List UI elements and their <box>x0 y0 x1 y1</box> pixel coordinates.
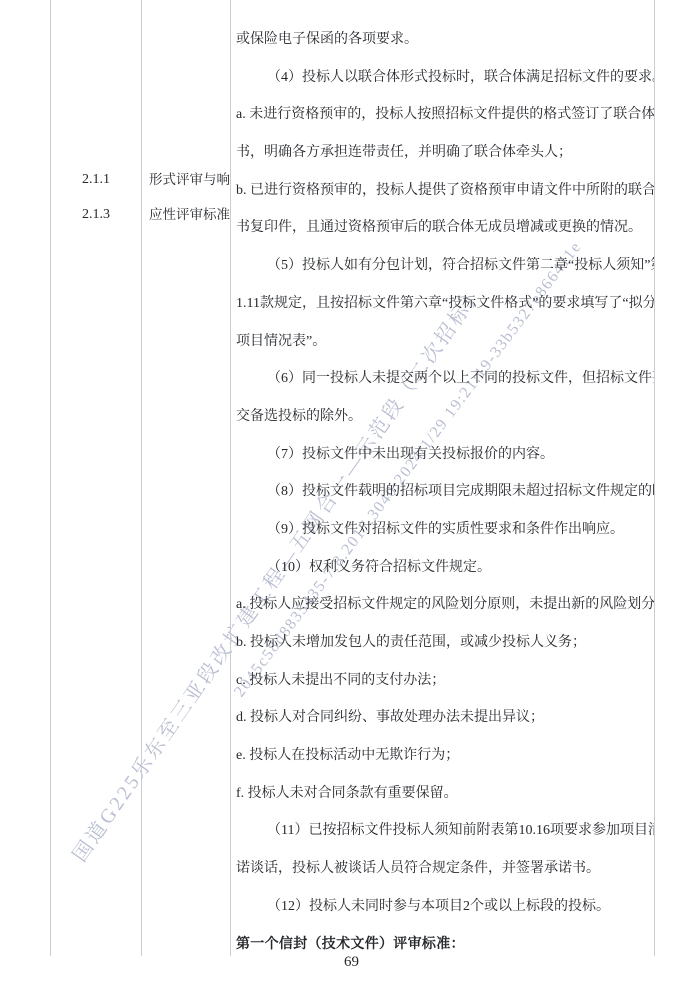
criteria-label-line: 形式评审与响 <box>142 172 230 187</box>
content-line: 第一个信封（技术文件）评审标准： <box>236 926 654 957</box>
content-line: b. 已进行资格预审的，投标人提供了资格预审申请文件中所附的联合体协议 <box>236 172 654 210</box>
content-line: c. 投标人未提出不同的支付办法； <box>236 662 654 700</box>
document-page: 国道G225乐东至三亚段改扩建工程—五网合一—示范段（二次招标） 2045c58… <box>0 0 700 990</box>
content-line: （12）投标人未同时参与本项目2个或以上标段的投标。 <box>236 888 654 926</box>
content-line: b. 投标人未增加发包人的责任范围，或减少投标人义务； <box>236 624 654 662</box>
content-line: 诺谈话，投标人被谈话人员符合规定条件，并签署承诺书。 <box>236 850 654 888</box>
criteria-label-line: 应性评审标准 <box>142 207 230 222</box>
content-line: （10）权利义务符合招标文件规定。 <box>236 549 654 587</box>
content-line: （9）投标文件对招标文件的实质性要求和条件作出响应。 <box>236 511 654 549</box>
content-line: （6）同一投标人未提交两个以上不同的投标文件，但招标文件要求提 <box>236 360 654 398</box>
clause-number-column: 2.1.1 2.1.3 <box>51 0 142 956</box>
content-line: 书复印件，且通过资格预审后的联合体无成员增减或更换的情况。 <box>236 209 654 247</box>
content-line: a. 未进行资格预审的，投标人按照招标文件提供的格式签订了联合体协议 <box>236 96 654 134</box>
clause-number: 2.1.1 <box>51 172 141 187</box>
criteria-label-column: 形式评审与响 应性评审标准 <box>142 0 231 956</box>
content-line: 或保险电子保函的各项要求。 <box>236 21 654 59</box>
content-line: e. 投标人在投标活动中无欺诈行为； <box>236 737 654 775</box>
content-line: f. 投标人未对合同条款有重要保留。 <box>236 775 654 813</box>
content-line: （7）投标文件中未出现有关投标报价的内容。 <box>236 436 654 474</box>
content-line: 1.11款规定，且按招标文件第六章“投标文件格式”的要求填写了“拟分包 <box>236 285 654 323</box>
page-number: 69 <box>50 954 653 971</box>
content-line: 交备选投标的除外。 <box>236 398 654 436</box>
content-line: d. 投标人对合同纠纷、事故处理办法未提出异议； <box>236 699 654 737</box>
content-line: （5）投标人如有分包计划，符合招标文件第二章“投标人须知”第 <box>236 247 654 285</box>
content-line: 书，明确各方承担连带责任，并明确了联合体牵头人； <box>236 134 654 172</box>
content-line: （11）已按招标文件投标人须知前附表第10.16项要求参加项目清廉承 <box>236 812 654 850</box>
content-line: （8）投标文件载明的招标项目完成期限未超过招标文件规定的时限。 <box>236 473 654 511</box>
content-line: a. 投标人应接受招标文件规定的风险划分原则，未提出新的风险划分办法； <box>236 586 654 624</box>
clause-number: 2.1.3 <box>51 207 141 222</box>
content-line: 项目情况表”。 <box>236 323 654 361</box>
criteria-content-column: 或保险电子保函的各项要求。（4）投标人以联合体形式投标时，联合体满足招标文件的要… <box>231 0 654 956</box>
review-criteria-table: 2.1.1 2.1.3 形式评审与响 应性评审标准 或保险电子保函的各项要求。（… <box>50 0 655 956</box>
content-line: （4）投标人以联合体形式投标时，联合体满足招标文件的要求。 <box>236 59 654 97</box>
